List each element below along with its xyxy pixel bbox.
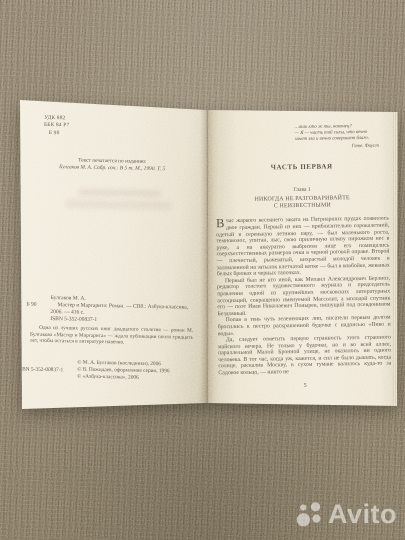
epigraph-attribution: Гете. Фауст: [295, 143, 391, 150]
paragraph: Вчас жаркого весеннего заката на Патриар…: [216, 216, 390, 278]
isbn-line: ISBN 5-352-00837-1: [50, 316, 194, 326]
text-column: ЧАСТЬ ПЕРВАЯ Глава 1 НИКОГДА НЕ РАЗГОВАР…: [215, 162, 391, 377]
show-through-ghost: [65, 199, 171, 210]
book: УДК 882 ББК 84 Р7 Б 90 Текст печатается …: [20, 95, 398, 411]
chapter-label: Глава 1: [216, 186, 389, 195]
drop-cap: В: [216, 219, 226, 230]
paragraph: Попав в тень чуть зеленеющих лип, писате…: [218, 315, 391, 337]
annotation: Одна из лучших русских книг двадцатого с…: [30, 325, 193, 348]
catalog-code-top: Б 90: [44, 130, 70, 138]
isbn-bottom: ISBN 5-352-00837-1: [17, 366, 63, 373]
right-page-content: …так кто ж ты, наконец? — Я — часть той …: [206, 93, 402, 412]
body-text: Вчас жаркого весеннего заката на Патриар…: [216, 216, 391, 377]
chapter-title-line: С НЕИЗВЕСТНЫМИ: [216, 202, 389, 212]
show-through-ghost: [79, 189, 161, 198]
paragraph: Первый был не кто иной, как Михаил Алекс…: [217, 275, 391, 317]
left-page-content: УДК 882 ББК 84 Р7 Б 90 Текст печатается …: [15, 94, 208, 414]
epigraph-line: хочет зла и вечно совершает благо.: [295, 135, 391, 142]
avito-logo-icon: [296, 500, 324, 528]
paragraph: Да, следует отметить первую странность э…: [218, 335, 392, 377]
catalog-entry-block: Булгаков М. А. Б 90 Мастер и Маргарита: …: [26, 295, 194, 326]
udk-block: УДК 882 ББК 84 Р7 Б 90: [44, 115, 70, 138]
copyright-block: © М. А. Булгаков (наследники), 2006 © В.…: [77, 360, 170, 382]
part-heading: ЧАСТЬ ПЕРВАЯ: [215, 162, 388, 173]
edition-note: Текст печатается по изданию: Булгаков М.…: [32, 157, 192, 174]
epigraph: …так кто ж ты, наконец? — Я — часть той …: [295, 124, 391, 151]
avito-wordmark: Avito: [328, 501, 397, 528]
catalog-code: Б 90: [26, 302, 36, 309]
page-number: 5: [219, 382, 392, 391]
photo-of-open-book: УДК 882 ББК 84 Р7 Б 90 Текст печатается …: [0, 0, 405, 540]
avito-watermark: Avito: [296, 500, 397, 528]
book-pages: УДК 882 ББК 84 Р7 Б 90 Текст печатается …: [20, 95, 398, 411]
bbk-line: ББК 84 Р7: [44, 122, 70, 130]
paragraph-text: час жаркого весеннего заката на Патриарш…: [216, 216, 390, 277]
